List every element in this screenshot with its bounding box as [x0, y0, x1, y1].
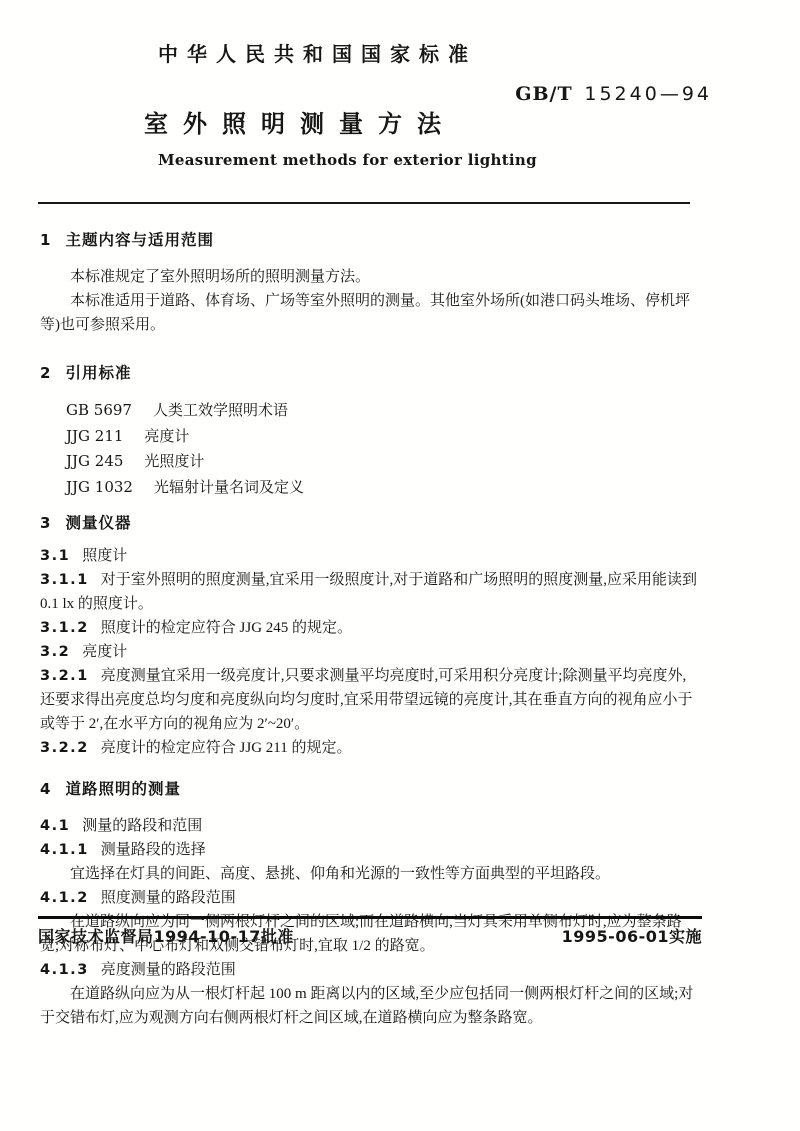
clause-3-1-1-text: 对于室外照明的照度测量,宜采用一级照度计,对于道路和广场照明的照度测量,应采用能… [40, 572, 697, 612]
implementation-note: 1995-06-01实施 [562, 925, 702, 949]
header-divider [38, 202, 690, 204]
section-1-paragraph-2: 本标准适用于道路、体育场、广场等室外照明的测量。其他室外场所(如港口码头堆场、停… [40, 289, 700, 337]
section-1-paragraph-1: 本标准规定了室外照明场所的照明测量方法。 [40, 265, 700, 289]
clause-3-2-1-number: 3.2.1 [40, 668, 89, 684]
clause-3-1-2-text: 照度计的检定应符合 JJG 245 的规定。 [101, 620, 352, 636]
approval-note: 国家技术监督局1994-10-17批准 [38, 925, 294, 949]
clause-4-1-1-text: 测量路段的选择 [101, 842, 206, 858]
clause-3-1-1-number: 3.1.1 [40, 572, 89, 588]
section-2-number: 2 [40, 364, 51, 382]
reference-code: JJG 211 [66, 427, 123, 445]
clause-3-1: 3.1照度计 [40, 544, 700, 568]
clause-4-1-1-paragraph: 宜选择在灯具的间距、高度、悬挑、仰角和光源的一致性等方面典型的平坦路段。 [40, 862, 700, 886]
reference-item: JJG 245光照度计 [66, 449, 700, 475]
section-3-heading: 3测量仪器 [40, 512, 700, 534]
clause-3-2-1: 3.2.1亮度测量宜采用一级亮度计,只要求测量平均亮度时,可采用积分亮度计;除测… [40, 664, 700, 736]
national-standard-label: 中华人民共和国国家标准 [158, 42, 700, 66]
referenced-standards-list: GB 5697人类工效学照明术语 JJG 211亮度计 JJG 245光照度计 … [40, 398, 700, 500]
clause-4-1-1: 4.1.1测量路段的选择 [40, 838, 700, 862]
document-title: 室外照明测量方法 [144, 112, 700, 136]
section-2-heading: 2引用标准 [40, 362, 700, 384]
clause-4-1: 4.1测量的路段和范围 [40, 814, 700, 838]
clause-3-1-text: 照度计 [82, 548, 127, 564]
clause-4-1-3: 4.1.3亮度测量的路段范围 [40, 958, 700, 982]
clause-4-1-3-text: 亮度测量的路段范围 [101, 962, 236, 978]
section-3-number: 3 [40, 514, 51, 532]
clause-3-2-2-number: 3.2.2 [40, 740, 89, 756]
document-body: 1主题内容与适用范围 本标准规定了室外照明场所的照明测量方法。 本标准适用于道路… [40, 229, 700, 1030]
document-title-english: Measurement methods for exterior lightin… [158, 148, 700, 172]
section-1-number: 1 [40, 231, 51, 249]
reference-code: GB 5697 [66, 401, 132, 419]
footer-divider [38, 916, 702, 919]
reference-item: JJG 1032光辐射计量名词及定义 [66, 475, 700, 501]
clause-3-2-number: 3.2 [40, 644, 70, 660]
reference-code: JJG 1032 [66, 478, 133, 496]
section-1-heading: 1主题内容与适用范围 [40, 229, 700, 251]
standard-code-number: 15240—94 [584, 83, 712, 105]
reference-item: GB 5697人类工效学照明术语 [66, 398, 700, 424]
clause-3-2-1-text: 亮度测量宜采用一级亮度计,只要求测量平均亮度时,可采用积分亮度计;除测量平均亮度… [40, 668, 693, 732]
clause-3-1-2-number: 3.1.2 [40, 620, 89, 636]
clause-3-2-2: 3.2.2亮度计的检定应符合 JJG 211 的规定。 [40, 736, 700, 760]
reference-code: JJG 245 [66, 452, 123, 470]
clause-4-1-2-text: 照度测量的路段范围 [101, 890, 236, 906]
reference-name: 亮度计 [144, 429, 189, 445]
clause-4-1-3-number: 4.1.3 [40, 962, 89, 978]
clause-3-2-text: 亮度计 [82, 644, 127, 660]
document-page: 中华人民共和国国家标准 GB/T 15240—94 室外照明测量方法 Measu… [0, 0, 800, 1131]
section-1-title: 主题内容与适用范围 [65, 231, 214, 249]
reference-name: 光照度计 [144, 454, 204, 470]
clause-3-1-number: 3.1 [40, 548, 70, 564]
clause-3-2: 3.2亮度计 [40, 640, 700, 664]
section-4-heading: 4道路照明的测量 [40, 778, 700, 800]
document-footer: 国家技术监督局1994-10-17批准 1995-06-01实施 [38, 916, 702, 949]
footer-row: 国家技术监督局1994-10-17批准 1995-06-01实施 [38, 925, 702, 949]
clause-4-1-1-number: 4.1.1 [40, 842, 89, 858]
section-4-number: 4 [40, 780, 51, 798]
clause-3-2-2-text: 亮度计的检定应符合 JJG 211 的规定。 [101, 740, 352, 756]
clause-4-1-3-paragraph: 在道路纵向应为从一根灯杆起 100 m 距离以内的区域,至少应包括同一侧两根灯杆… [40, 982, 700, 1030]
clause-3-1-1: 3.1.1对于室外照明的照度测量,宜采用一级照度计,对于道路和广场照明的照度测量… [40, 568, 700, 616]
standard-code-prefix: GB/T [515, 83, 572, 105]
section-2-title: 引用标准 [65, 364, 131, 382]
standard-code: GB/T 15240—94 [40, 82, 712, 108]
clause-3-1-2: 3.1.2照度计的检定应符合 JJG 245 的规定。 [40, 616, 700, 640]
clause-4-1-2: 4.1.2照度测量的路段范围 [40, 886, 700, 910]
reference-name: 光辐射计量名词及定义 [154, 480, 304, 496]
reference-item: JJG 211亮度计 [66, 424, 700, 450]
section-3-title: 测量仪器 [65, 514, 131, 532]
document-header: 中华人民共和国国家标准 GB/T 15240—94 室外照明测量方法 Measu… [40, 42, 700, 204]
reference-name: 人类工效学照明术语 [153, 403, 288, 419]
clause-4-1-number: 4.1 [40, 818, 70, 834]
section-4-title: 道路照明的测量 [65, 780, 181, 798]
clause-4-1-text: 测量的路段和范围 [82, 818, 202, 834]
clause-4-1-2-number: 4.1.2 [40, 890, 89, 906]
